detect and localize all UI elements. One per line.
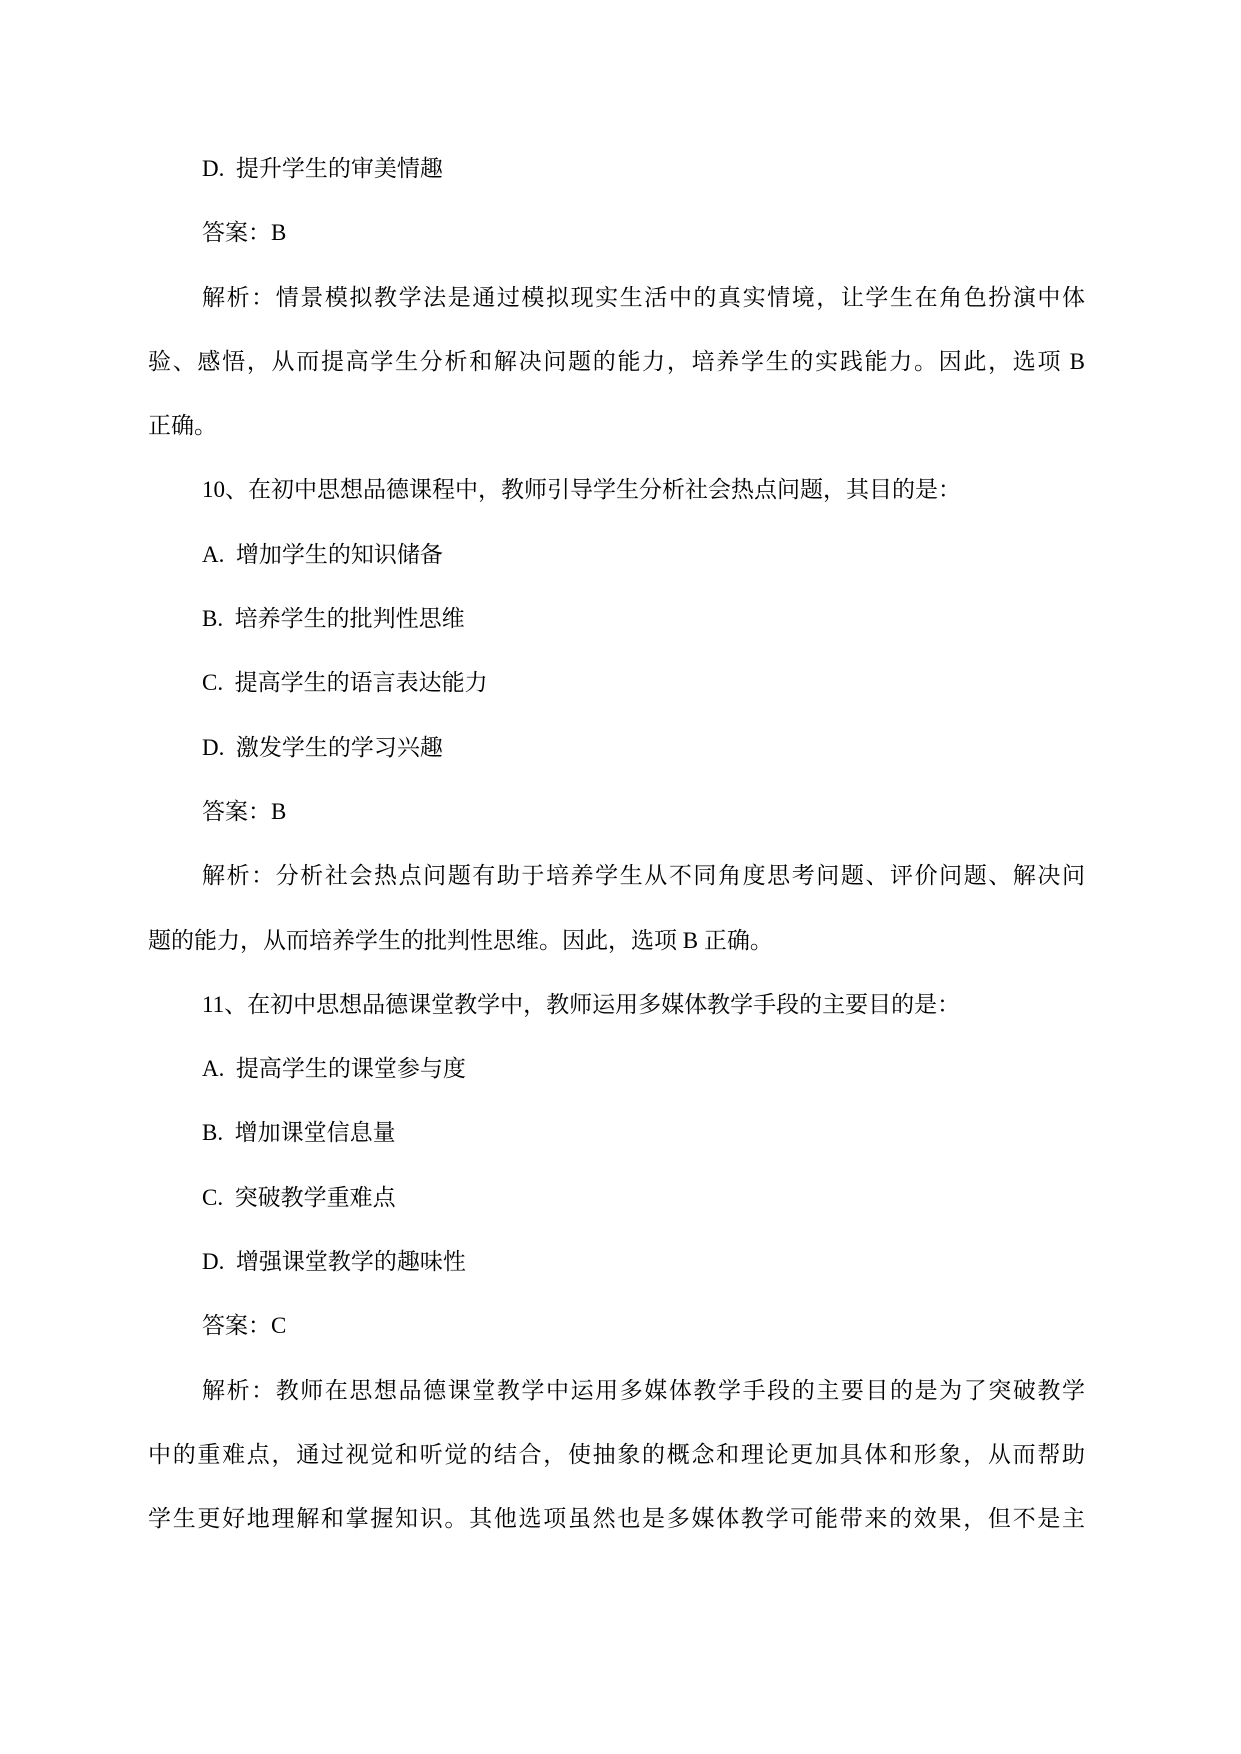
q9-analysis-line-1: 解析：情景模拟教学法是通过模拟现实生活中的真实情境，让学生在角色扮演中体	[148, 266, 1085, 330]
q9-analysis-line-3: 正确。	[148, 394, 1085, 458]
q11-option-b: B. 增加课堂信息量	[148, 1101, 1085, 1165]
q10-analysis-line-2: 题的能力，从而培养学生的批判性思维。因此，选项 B 正确。	[148, 909, 1085, 973]
q9-answer: 答案：B	[148, 201, 1085, 265]
q11-option-d: D. 增强课堂教学的趣味性	[148, 1230, 1085, 1294]
q9-option-d: D. 提升学生的审美情趣	[148, 137, 1085, 201]
q11-analysis-line-3: 学生更好地理解和掌握知识。其他选项虽然也是多媒体教学可能带来的效果，但不是主	[148, 1487, 1085, 1551]
q10-option-c: C. 提高学生的语言表达能力	[148, 651, 1085, 715]
q11-analysis-line-2: 中的重难点，通过视觉和听觉的结合，使抽象的概念和理论更加具体和形象，从而帮助	[148, 1423, 1085, 1487]
q10-analysis-line-1: 解析：分析社会热点问题有助于培养学生从不同角度思考问题、评价问题、解决问	[148, 844, 1085, 908]
q11-option-a: A. 提高学生的课堂参与度	[148, 1037, 1085, 1101]
q9-analysis-line-2: 验、感悟，从而提高学生分析和解决问题的能力，培养学生的实践能力。因此，选项 B	[148, 330, 1085, 394]
q11-analysis-line-1: 解析：教师在思想品德课堂教学中运用多媒体教学手段的主要目的是为了突破教学	[148, 1359, 1085, 1423]
q10-answer: 答案：B	[148, 780, 1085, 844]
q10-question: 10、在初中思想品德课程中，教师引导学生分析社会热点问题，其目的是：	[148, 458, 1085, 522]
q10-option-d: D. 激发学生的学习兴趣	[148, 716, 1085, 780]
q10-option-a: A. 增加学生的知识储备	[148, 523, 1085, 587]
q11-answer: 答案：C	[148, 1294, 1085, 1358]
document-page: D. 提升学生的审美情趣 答案：B 解析：情景模拟教学法是通过模拟现实生活中的真…	[148, 137, 1085, 1552]
q10-option-b: B. 培养学生的批判性思维	[148, 587, 1085, 651]
q11-question: 11、在初中思想品德课堂教学中，教师运用多媒体教学手段的主要目的是：	[148, 973, 1085, 1037]
q11-option-c: C. 突破教学重难点	[148, 1166, 1085, 1230]
